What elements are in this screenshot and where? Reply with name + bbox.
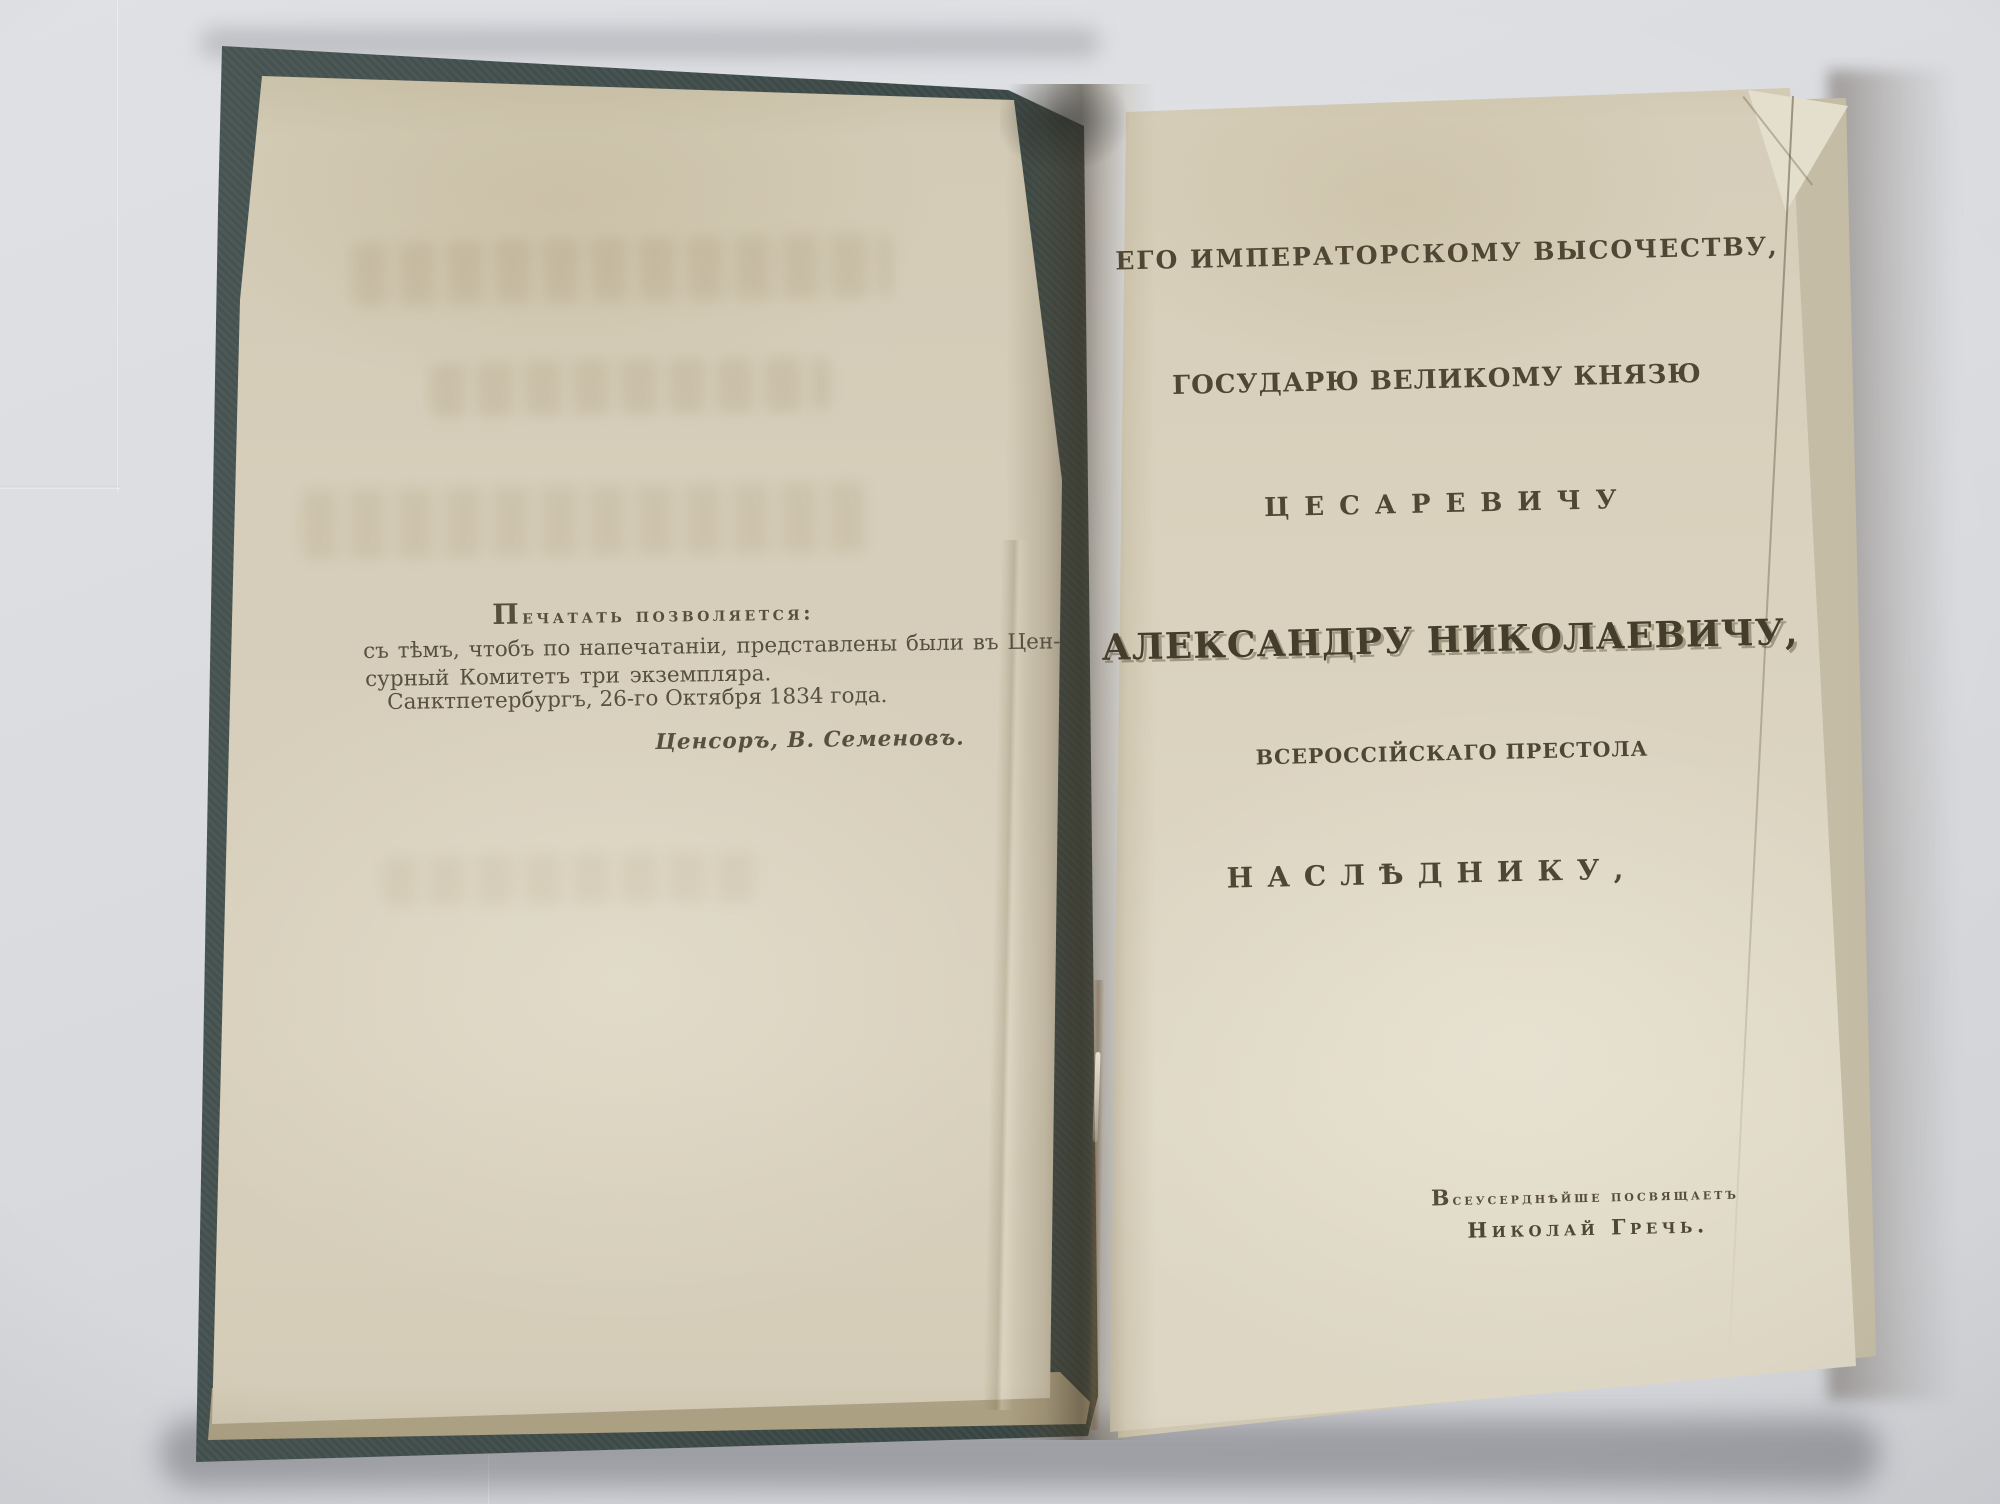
censor-signature-line: Ценсоръ, В. Семеновъ.: [655, 727, 965, 756]
backdrop-seam-horizontal: [0, 486, 120, 489]
left-page-showthrough-text: [302, 482, 869, 560]
left-page-showthrough-text: [430, 357, 831, 418]
book-photo-scene: Печатать позволяется: съ тѣмъ, чтобъ по …: [0, 0, 2000, 1504]
gutter-shadow: [1006, 84, 1156, 1440]
left-page-showthrough-text: [351, 233, 892, 306]
gutter-spine-top-shadow: [1000, 84, 1140, 204]
backdrop-seam-vertical: [116, 0, 119, 492]
censor-permission-heading: Печатать позволяется:: [492, 595, 814, 632]
left-page-showthrough-text: [382, 851, 763, 906]
